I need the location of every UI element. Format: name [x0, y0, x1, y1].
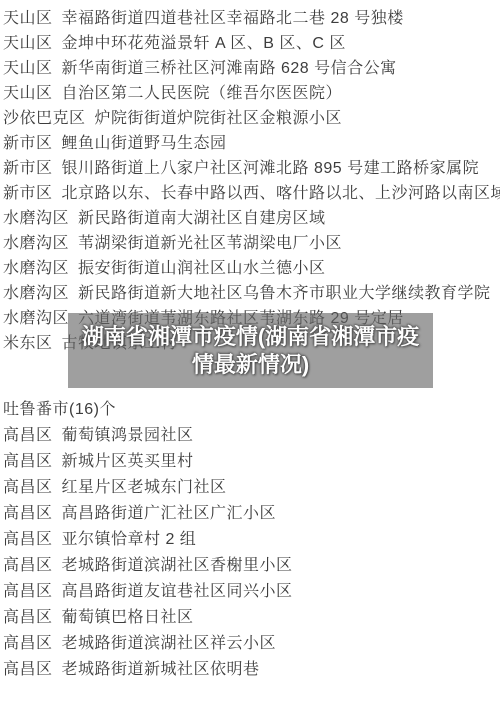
district-label: 米东区 [3, 330, 53, 353]
district-label: 水磨沟区 [3, 230, 69, 253]
district-label: 高昌区 [3, 422, 53, 445]
district-label: 新市区 [3, 155, 53, 178]
watermark-title-overlay: 湖南省湘潭市疫情(湖南省湘潭市疫 情最新情况) [68, 313, 433, 388]
area-list-item: 沙依巴克区 炉院街街道炉院街社区金粮源小区 [3, 104, 500, 129]
area-list-item: 高昌区 老城路街道滨湖社区祥云小区 [3, 628, 500, 654]
area-list-item: 新市区 北京路以东、长春中路以西、喀什路以北、上沙河路以南区域 [3, 179, 500, 204]
district-label: 天山区 [3, 5, 53, 28]
district-label: 水磨沟区 [3, 280, 69, 303]
area-list-item: 高昌区 高昌路街道广汇社区广汇小区 [3, 498, 500, 524]
address-text: 葡萄镇巴格日社区 [62, 604, 194, 627]
address-text: 新城片区英买里村 [62, 448, 194, 471]
address-text: 自治区第二人民医院（维吾尔医医院） [62, 80, 343, 103]
district-label: 水磨沟区 [3, 205, 69, 228]
address-text: 老城路街道滨湖社区香榭里小区 [62, 552, 293, 575]
address-text: 新华南街道三桥社区河滩南路 628 号信合公寓 [62, 55, 397, 78]
risk-area-list-urumqi: 天山区 幸福路街道四道巷社区幸福路北二巷 28 号独楼 天山区 金坤中环花苑溢景… [0, 0, 500, 354]
area-list-item: 水磨沟区 新民路街道新大地社区乌鲁木齐市职业大学继续教育学院 [3, 279, 500, 304]
watermark-title-line-1: 湖南省湘潭市疫情(湖南省湘潭市疫 [82, 323, 419, 351]
district-label: 高昌区 [3, 448, 53, 471]
address-text: 葡萄镇鸿景园社区 [62, 422, 194, 445]
address-text: 鲤鱼山街道野马生态园 [62, 130, 227, 153]
address-text: 高昌路街道广汇社区广汇小区 [62, 500, 277, 523]
address-text: 炉院街街道炉院街社区金粮源小区 [95, 105, 343, 128]
district-label: 水磨沟区 [3, 255, 69, 278]
area-list-item: 水磨沟区 苇湖梁街道新光社区苇湖梁电厂小区 [3, 229, 500, 254]
area-list-item: 天山区 新华南街道三桥社区河滩南路 628 号信合公寓 [3, 54, 500, 79]
district-label: 高昌区 [3, 552, 53, 575]
area-list-item: 高昌区 新城片区英买里村 [3, 446, 500, 472]
district-label: 高昌区 [3, 474, 53, 497]
area-list-item: 高昌区 高昌路街道友谊巷社区同兴小区 [3, 576, 500, 602]
address-text: 新民路街道南大湖社区自建房区域 [78, 205, 326, 228]
address-text: 银川路街道上八家户社区河滩北路 895 号建工路桥家属院 [62, 155, 480, 178]
district-label: 天山区 [3, 80, 53, 103]
area-list-item: 高昌区 亚尔镇恰章村 2 组 [3, 524, 500, 550]
area-list-item: 高昌区 红星片区老城东门社区 [3, 472, 500, 498]
watermark-title-line-2: 情最新情况) [192, 351, 309, 379]
district-label: 高昌区 [3, 630, 53, 653]
address-text: 苇湖梁街道新光社区苇湖梁电厂小区 [78, 230, 342, 253]
area-list-item: 水磨沟区 新民路街道南大湖社区自建房区域 [3, 204, 500, 229]
district-label: 天山区 [3, 30, 53, 53]
area-list-item: 天山区 自治区第二人民医院（维吾尔医医院） [3, 79, 500, 104]
district-label: 天山区 [3, 55, 53, 78]
risk-area-list-turpan: 高昌区 葡萄镇鸿景园社区 高昌区 新城片区英买里村 高昌区 红星片区老城东门社区… [0, 420, 500, 680]
area-list-item: 水磨沟区 振安街街道山润社区山水兰德小区 [3, 254, 500, 279]
address-text: 北京路以东、长春中路以西、喀什路以北、上沙河路以南区域 [62, 180, 500, 203]
district-label: 高昌区 [3, 604, 53, 627]
district-label: 水磨沟区 [3, 305, 69, 328]
epidemic-area-list-page: 天山区 幸福路街道四道巷社区幸福路北二巷 28 号独楼 天山区 金坤中环花苑溢景… [0, 0, 500, 706]
district-label: 高昌区 [3, 526, 53, 549]
address-text: 新民路街道新大地社区乌鲁木齐市职业大学继续教育学院 [78, 280, 491, 303]
district-label: 高昌区 [3, 578, 53, 601]
area-list-item: 高昌区 老城路街道滨湖社区香榭里小区 [3, 550, 500, 576]
area-list-item: 新市区 银川路街道上八家户社区河滩北路 895 号建工路桥家属院 [3, 154, 500, 179]
address-text: 亚尔镇恰章村 2 组 [62, 526, 197, 549]
district-label: 新市区 [3, 130, 53, 153]
address-text: 老城路街道滨湖社区祥云小区 [62, 630, 277, 653]
address-text: 老城路街道新城社区依明巷 [62, 656, 260, 679]
area-list-item: 天山区 幸福路街道四道巷社区幸福路北二巷 28 号独楼 [3, 4, 500, 29]
address-text: 高昌路街道友谊巷社区同兴小区 [62, 578, 293, 601]
district-label: 新市区 [3, 180, 53, 203]
area-list-item: 高昌区 葡萄镇鸿景园社区 [3, 420, 500, 446]
address-text: 幸福路街道四道巷社区幸福路北二巷 28 号独楼 [62, 5, 404, 28]
address-text: 金坤中环花苑溢景轩 A 区、B 区、C 区 [62, 30, 346, 53]
address-text: 振安街街道山润社区山水兰德小区 [78, 255, 326, 278]
area-list-item: 新市区 鲤鱼山街道野马生态园 [3, 129, 500, 154]
section-header-turpan: 吐鲁番市(16)个 [0, 394, 500, 420]
address-text: 红星片区老城东门社区 [62, 474, 227, 497]
area-list-item: 高昌区 葡萄镇巴格日社区 [3, 602, 500, 628]
area-list-item: 高昌区 老城路街道新城社区依明巷 [3, 654, 500, 680]
district-label: 高昌区 [3, 500, 53, 523]
area-list-item: 天山区 金坤中环花苑溢景轩 A 区、B 区、C 区 [3, 29, 500, 54]
district-label: 沙依巴克区 [3, 105, 86, 128]
district-label: 高昌区 [3, 656, 53, 679]
